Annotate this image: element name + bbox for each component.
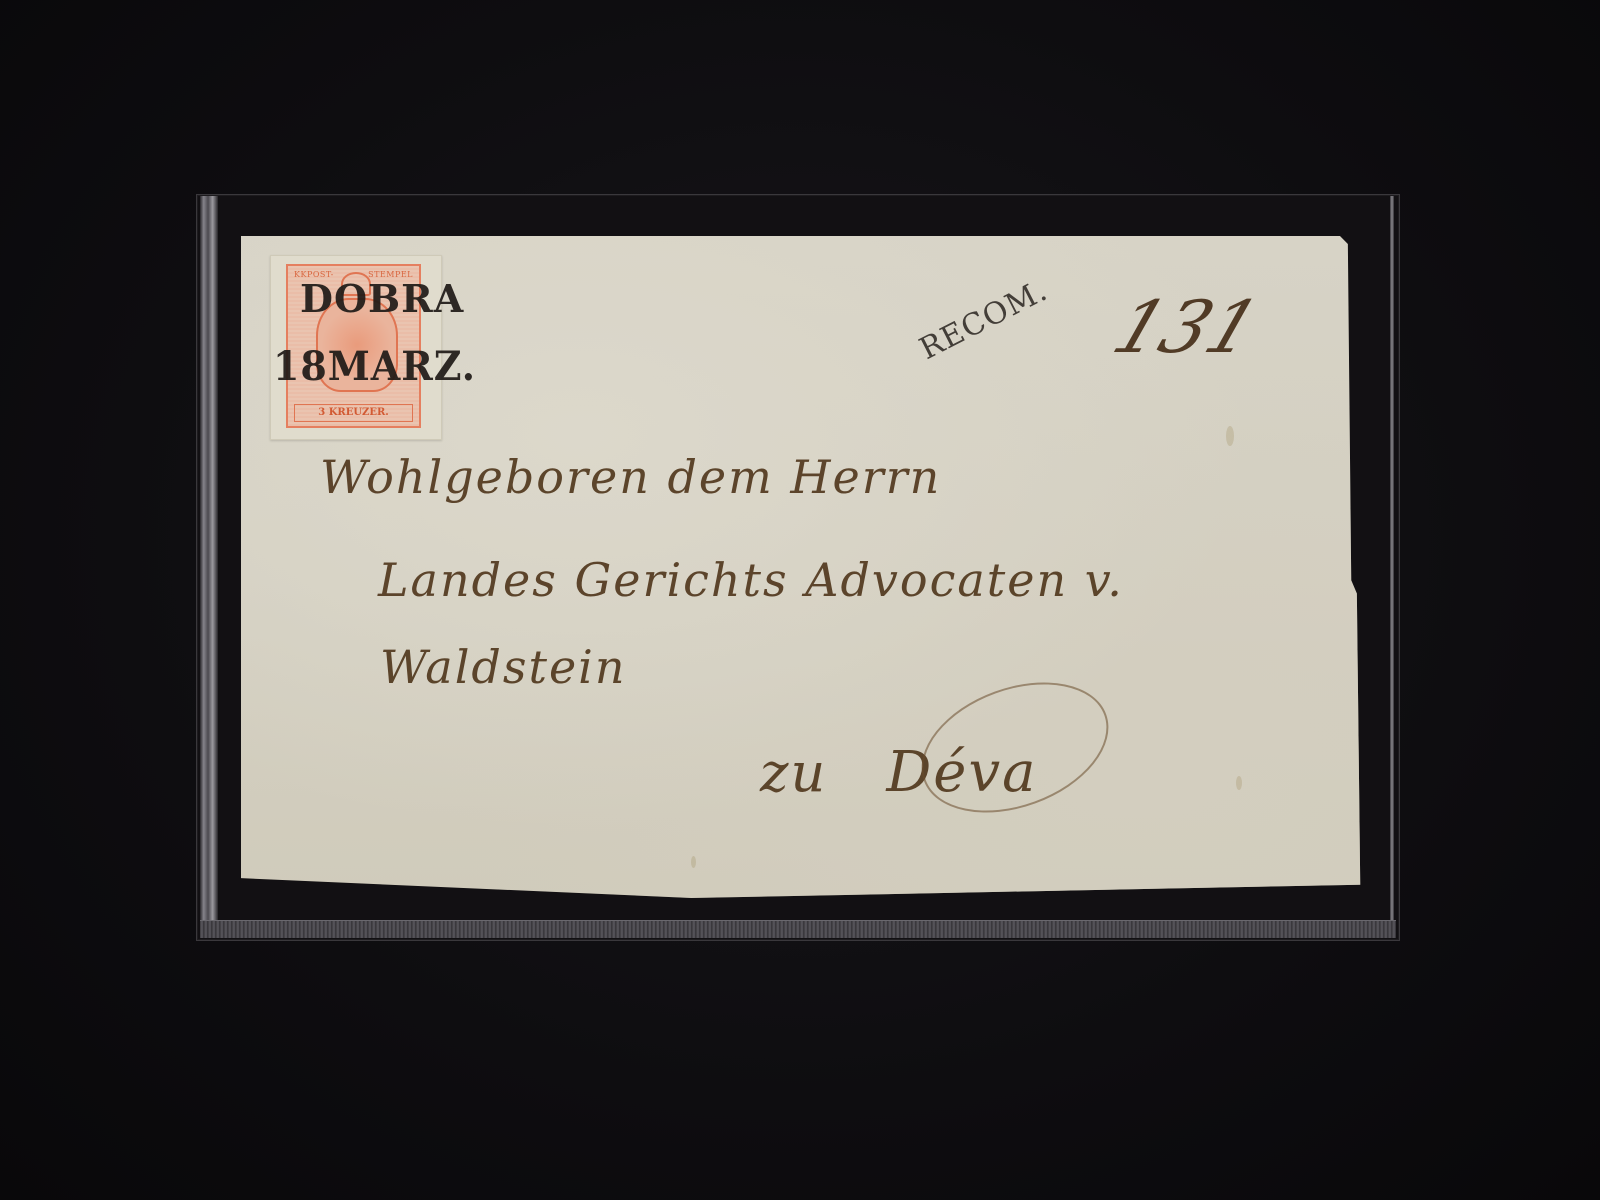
- address-line-2: Landes Gerichts Advocaten v.: [378, 553, 1124, 607]
- address-line-3: Waldstein: [380, 640, 627, 694]
- paper-stain: [1226, 426, 1234, 446]
- sleeve-edge-bottom: [200, 920, 1396, 938]
- cancel-town: DOBRA: [300, 276, 464, 321]
- cancel-date: 18MARZ.: [273, 343, 476, 390]
- address-line-1: Wohlgeboren dem Herrn: [320, 450, 941, 504]
- sleeve-edge-left: [200, 196, 218, 921]
- sleeve-edge-right: [1390, 196, 1394, 926]
- paper-stain: [691, 856, 696, 868]
- stamp-value: 3 KREUZER.: [294, 404, 413, 422]
- paper-stain: [1236, 776, 1242, 790]
- address-prefix: zu: [760, 741, 827, 804]
